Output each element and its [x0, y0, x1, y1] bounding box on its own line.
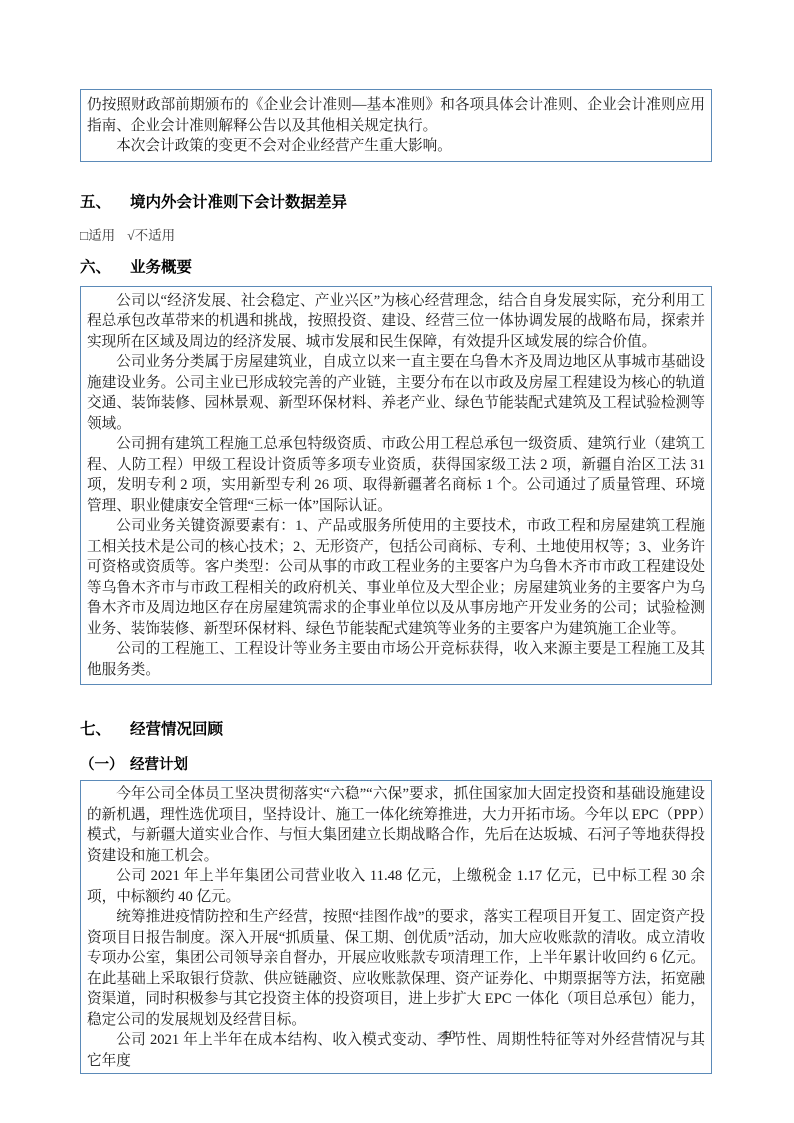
- paragraph: 今年公司全体员工坚决贯彻落实“六稳”“六保”要求，抓住国家加大固定投资和基础设施…: [87, 784, 705, 866]
- subsection-heading-1: （一） 经营计划: [80, 755, 712, 775]
- business-overview-box: 公司以“经济发展、社会稳定、产业兴区”为核心经营理念，结合自身发展实际，充分利用…: [80, 286, 712, 686]
- paragraph: 仍按照财政部前期颁布的《企业会计准则—基本准则》和各项具体会计准则、企业会计准则…: [87, 95, 705, 136]
- subsection-title: 经营计划: [130, 755, 188, 775]
- section-number: 五、: [80, 192, 130, 213]
- applicability-line: □适用√不适用: [80, 227, 712, 245]
- paragraph: 公司业务关键资源要素有：1、产品或服务所使用的主要技术，市政工程和房屋建筑工程施…: [87, 516, 705, 639]
- section-title: 业务概要: [130, 257, 192, 278]
- checkbox-checked-option: √不适用: [127, 228, 175, 243]
- paragraph: 公司 2021 年上半年在成本结构、收入模式变动、季节性、周期性特征等对外经营情…: [87, 1030, 705, 1071]
- page-number: 10: [443, 1028, 456, 1043]
- checkbox-unchecked-option: □适用: [80, 228, 115, 243]
- paragraph: 公司的工程施工、工程设计等业务主要由市场公开竞标获得，收入来源主要是工程施工及其…: [87, 639, 705, 680]
- section-heading-5: 五、 境内外会计准则下会计数据差异: [80, 192, 712, 213]
- section-title: 经营情况回顾: [130, 719, 223, 740]
- document-page: 仍按照财政部前期颁布的《企业会计准则—基本准则》和各项具体会计准则、企业会计准则…: [0, 0, 794, 1123]
- accounting-policy-box: 仍按照财政部前期颁布的《企业会计准则—基本准则》和各项具体会计准则、企业会计准则…: [80, 89, 712, 162]
- section-number: 七、: [80, 719, 130, 740]
- section-number: 六、: [80, 257, 130, 278]
- section-heading-7: 七、 经营情况回顾: [80, 719, 712, 740]
- paragraph: 统筹推进疫情防控和生产经营，按照“挂图作战”的要求，落实工程项目开复工、固定资产…: [87, 907, 705, 1030]
- section-heading-6: 六、 业务概要: [80, 257, 712, 278]
- operating-plan-box: 今年公司全体员工坚决贯彻落实“六稳”“六保”要求，抓住国家加大固定投资和基础设施…: [80, 780, 712, 1074]
- paragraph: 公司业务分类属于房屋建筑业，自成立以来一直主要在乌鲁木齐及周边地区从事城市基础设…: [87, 352, 705, 434]
- document-content: 仍按照财政部前期颁布的《企业会计准则—基本准则》和各项具体会计准则、企业会计准则…: [80, 0, 712, 1074]
- paragraph: 本次会计政策的变更不会对企业经营产生重大影响。: [87, 136, 705, 157]
- section-title: 境内外会计准则下会计数据差异: [130, 192, 347, 213]
- paragraph: 公司拥有建筑工程施工总承包特级资质、市政公用工程总承包一级资质、建筑行业（建筑工…: [87, 434, 705, 516]
- subsection-number: （一）: [80, 755, 130, 775]
- paragraph: 公司以“经济发展、社会稳定、产业兴区”为核心经营理念，结合自身发展实际，充分利用…: [87, 291, 705, 353]
- paragraph: 公司 2021 年上半年集团公司营业收入 11.48 亿元，上缴税金 1.17 …: [87, 866, 705, 907]
